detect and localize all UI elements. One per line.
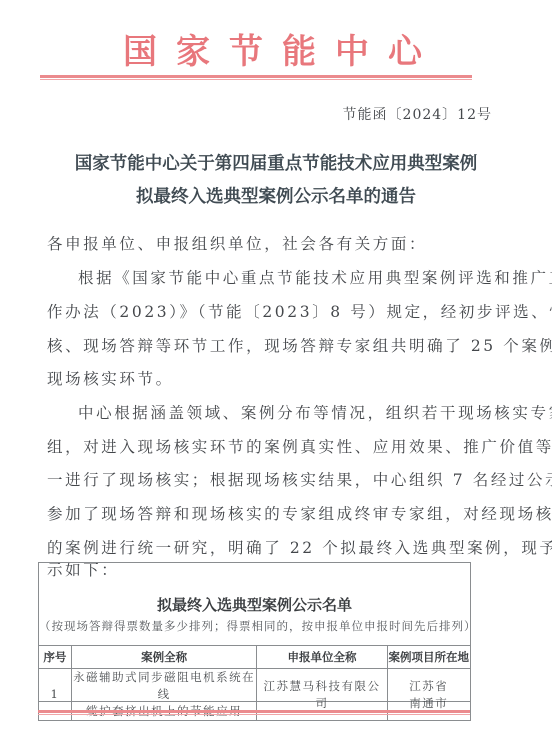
shortlist-table-box: 拟最终入选典型案例公示名单 （按现场答辩得票数量多少排列；得票相同的，按申报单位… [38,562,471,702]
salutation: 各申报单位、申报组织单位，社会各有关方面： [47,232,467,254]
paragraph1-line: 核、现场答辩等环节工作，现场答辩专家组共明确了 25 个案例进入 [47,334,467,356]
table-header-row: 序号 案例全称 申报单位全称 案例项目所在地 [39,646,471,669]
header-case-name: 案例全称 [71,646,257,669]
paragraph1-line: 作办法（2023）》（节能〔2023〕8 号）规定，经初步评选、情况复 [47,300,467,322]
paragraph1-line: 现场核实环节。 [47,367,467,389]
paragraph2-line: 中心根据涵盖领域、案例分布等情况，组织若干现场核实专家 [78,401,468,423]
header-no: 序号 [39,646,72,669]
paragraph2-line: 一进行了现场核实；根据现场核实结果，中心组织 7 名经过公示并 [47,468,467,490]
footer-red-rule [38,710,470,715]
document-number: 节能函〔2024〕12号 [343,104,492,124]
header-location: 案例项目所在地 [387,646,470,669]
table-title: 拟最终入选典型案例公示名单 [39,594,470,615]
notice-title-line1: 国家节能中心关于第四届重点节能技术应用典型案例 [0,150,552,175]
location-line2: 南通市 [388,695,470,712]
paragraph1-line: 根据《国家节能中心重点节能技术应用典型案例评选和推广工 [78,266,468,288]
location-line1: 江苏省 [388,678,470,695]
masthead-org-name: 国家节能中心 [0,24,552,73]
header-red-rule [40,75,472,80]
paragraph2-line: 参加了现场答辩和现场核实的专家组成终审专家组，对经现场核实 [47,502,467,524]
table-subtitle: （按现场答辩得票数量多少排列；得票相同的，按申报单位申报时间先后排列） [39,618,470,634]
paragraph2-line: 组，对进入现场核实环节的案例真实性、应用效果、推广价值等逐 [47,435,467,457]
header-applicant: 申报单位全称 [257,646,387,669]
paragraph2-line: 的案例进行统一研究，明确了 22 个拟最终入选典型案例，现予以公 [47,536,467,558]
case-name-line1: 永磁辅助式同步磁阻电机系统在线 [72,669,257,703]
notice-title-line2: 拟最终入选典型案例公示名单的通告 [0,183,552,208]
